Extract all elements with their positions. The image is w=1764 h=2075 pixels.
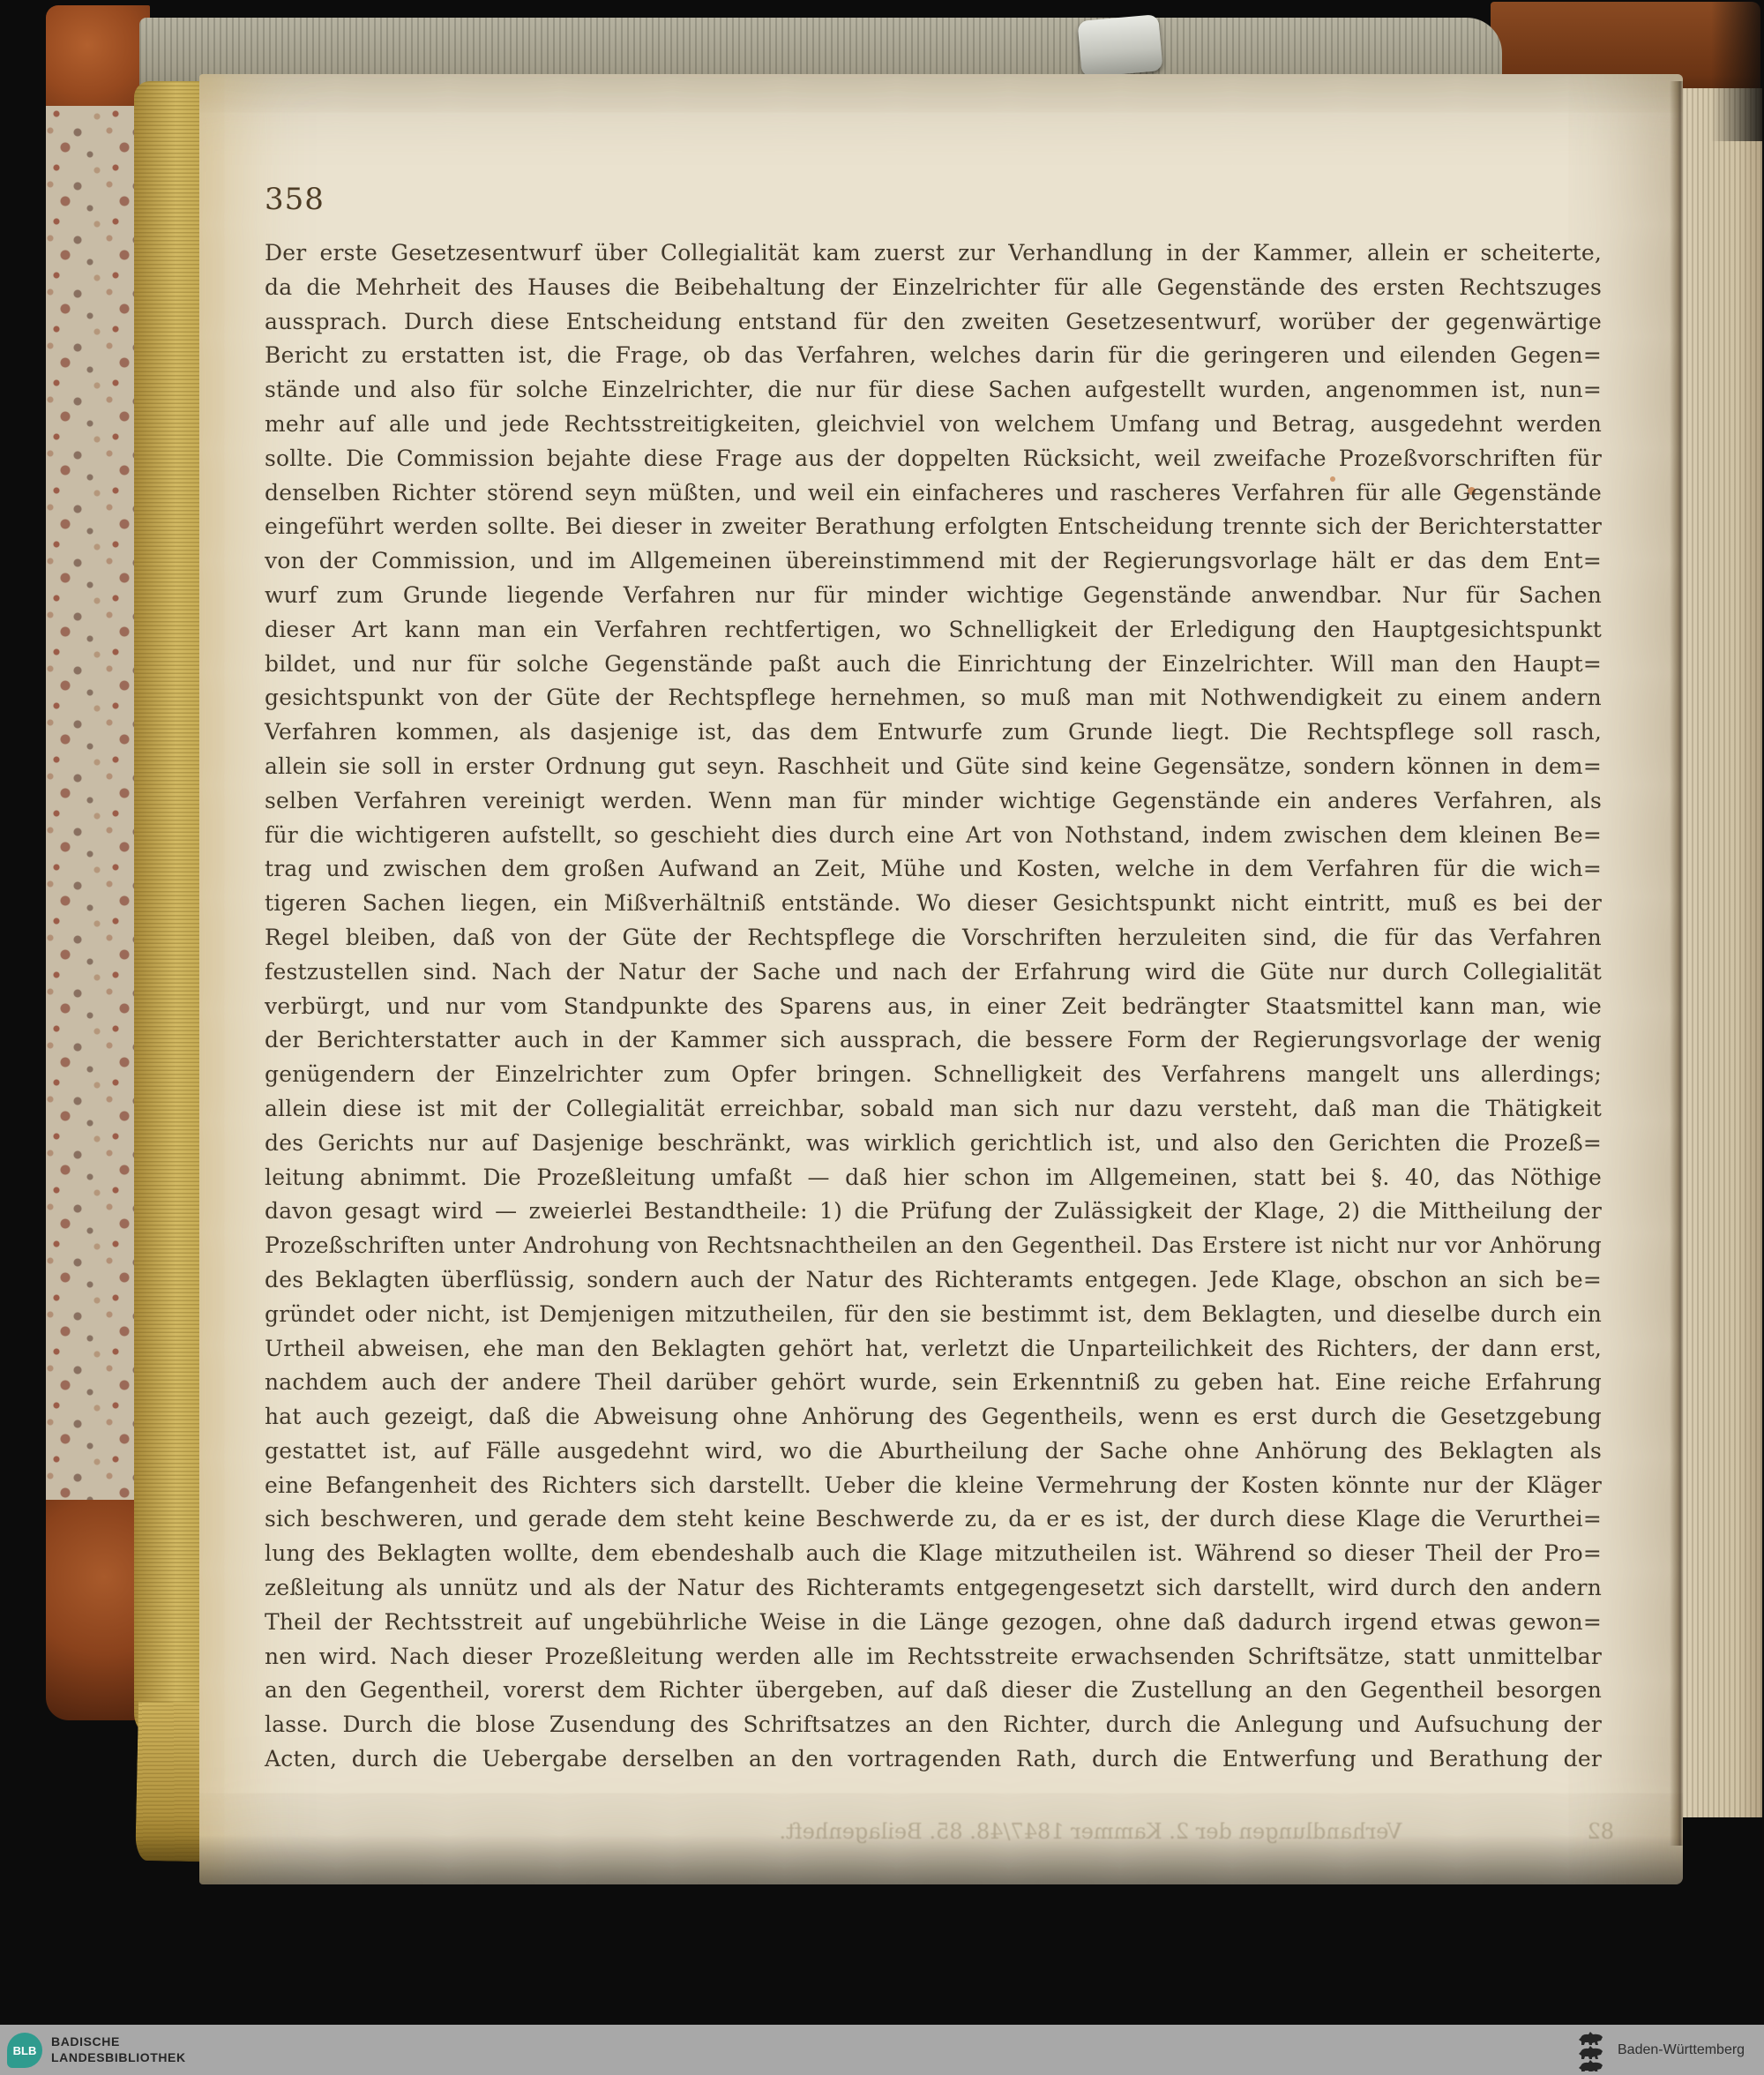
text-line: lasse. Durch die blose Zusendung des Sch… [265, 1708, 1602, 1742]
text-line: an den Gegentheil, vorerst dem Richter ü… [265, 1674, 1602, 1708]
text-line: Acten, durch die Uebergabe derselben an … [265, 1742, 1602, 1777]
text-line: gesichtspunkt von der Güte der Rechtspfl… [265, 681, 1602, 715]
page-text-block: Der erste Gesetzesentwurf über Collegial… [265, 236, 1602, 1777]
text-line: zeßleitung als unnütz und als der Natur … [265, 1571, 1602, 1606]
text-line: für die wichtigeren aufstellt, so geschi… [265, 819, 1602, 853]
library-name-line1: BADISCHE [51, 2034, 186, 2049]
text-line: des Gerichts nur auf Dasjenige beschränk… [265, 1127, 1602, 1161]
text-line: da die Mehrheit des Hauses die Beibehalt… [265, 271, 1602, 305]
text-line: gestattet ist, auf Fälle ausgedehnt wird… [265, 1435, 1602, 1469]
text-line: trag und zwischen dem großen Aufwand an … [265, 852, 1602, 887]
state-branding: Baden-Württemberg [1577, 2029, 1745, 2071]
book-clasp [1077, 14, 1162, 78]
text-line: allein sie soll in erster Ordnung gut se… [265, 750, 1602, 784]
text-line: nen wird. Nach dieser Prozeßleitung werd… [265, 1640, 1602, 1674]
text-line: eingeführt werden sollte. Bei dieser in … [265, 510, 1602, 544]
blb-logo-icon: BLB [7, 2033, 42, 2068]
bottom-shadow [0, 1835, 1764, 2025]
text-line: allein diese ist mit der Collegialität e… [265, 1092, 1602, 1127]
text-line: Bericht zu erstatten ist, die Frage, ob … [265, 339, 1602, 373]
text-line: mehr auf alle und jede Rechtsstreitigkei… [265, 408, 1602, 442]
text-line: genügendern der Einzelrichter zum Opfer … [265, 1058, 1602, 1092]
text-line: selben Verfahren vereinigt werden. Wenn … [265, 784, 1602, 819]
blb-logo-text: BLB [13, 2044, 37, 2057]
text-line: wurf zum Grunde liegende Verfahren nur f… [265, 579, 1602, 613]
text-line: lung des Beklagten wollte, dem ebendesha… [265, 1537, 1602, 1571]
page-stack-right-edge [1681, 88, 1762, 1817]
text-line: Prozeßschriften unter Androhung von Rech… [265, 1229, 1602, 1263]
text-line: Der erste Gesetzesentwurf über Collegial… [265, 236, 1602, 271]
text-line: nachdem auch der andere Theil darüber ge… [265, 1366, 1602, 1400]
library-name-line2: LANDESBIBLIOTHEK [51, 2049, 186, 2065]
text-line: bildet, und nur für solche Gegenstände p… [265, 648, 1602, 682]
text-line: denselben Richter störend seyn müßten, u… [265, 476, 1602, 511]
text-line: stände und also für solche Einzelrichter… [265, 373, 1602, 408]
text-line: eine Befangenheit des Richters sich dars… [265, 1469, 1602, 1503]
text-line: verbürgt, und nur vom Standpunkte des Sp… [265, 990, 1602, 1024]
baden-wuerttemberg-lions-icon [1577, 2029, 1607, 2071]
text-line: Regel bleiben, daß von der Güte der Rech… [265, 921, 1602, 955]
text-line: sollte. Die Commission bejahte diese Fra… [265, 442, 1602, 476]
text-line: festzustellen sind. Nach der Natur der S… [265, 955, 1602, 990]
text-line: aussprach. Durch diese Entscheidung ents… [265, 305, 1602, 340]
state-label: Baden-Württemberg [1618, 2042, 1745, 2058]
top-right-shadow [1711, 0, 1764, 141]
text-line: hat auch gezeigt, daß die Abweisung ohne… [265, 1400, 1602, 1435]
text-line: Theil der Rechtsstreit auf ungebührliche… [265, 1606, 1602, 1640]
text-line: dieser Art kann man ein Verfahren rechtf… [265, 613, 1602, 648]
marbled-cover-edge [46, 106, 145, 1553]
text-line: Verfahren kommen, als dasjenige ist, das… [265, 715, 1602, 750]
text-line: des Beklagten überflüssig, sondern auch … [265, 1263, 1602, 1298]
text-line: gründet oder nicht, ist Demjenigen mitzu… [265, 1298, 1602, 1332]
text-line: Urtheil abweisen, ehe man den Beklagten … [265, 1332, 1602, 1367]
text-line: der Berichterstatter auch in der Kammer … [265, 1023, 1602, 1058]
text-line: sich beschweren, und gerade dem steht ke… [265, 1502, 1602, 1537]
text-line: von der Commission, und im Allgemeinen ü… [265, 544, 1602, 579]
page-number: 358 [265, 182, 325, 217]
viewer-footer-bar [0, 2025, 1764, 2075]
text-line: tigeren Sachen liegen, ein Mißverhältniß… [265, 887, 1602, 921]
text-line: davon gesagt wird — zweierlei Bestandthe… [265, 1195, 1602, 1229]
page-gutter-fold [1670, 81, 1684, 1846]
text-line: leitung abnimmt. Die Prozeßleitung umfaß… [265, 1161, 1602, 1195]
library-name: BADISCHE LANDESBIBLIOTHEK [51, 2034, 186, 2065]
